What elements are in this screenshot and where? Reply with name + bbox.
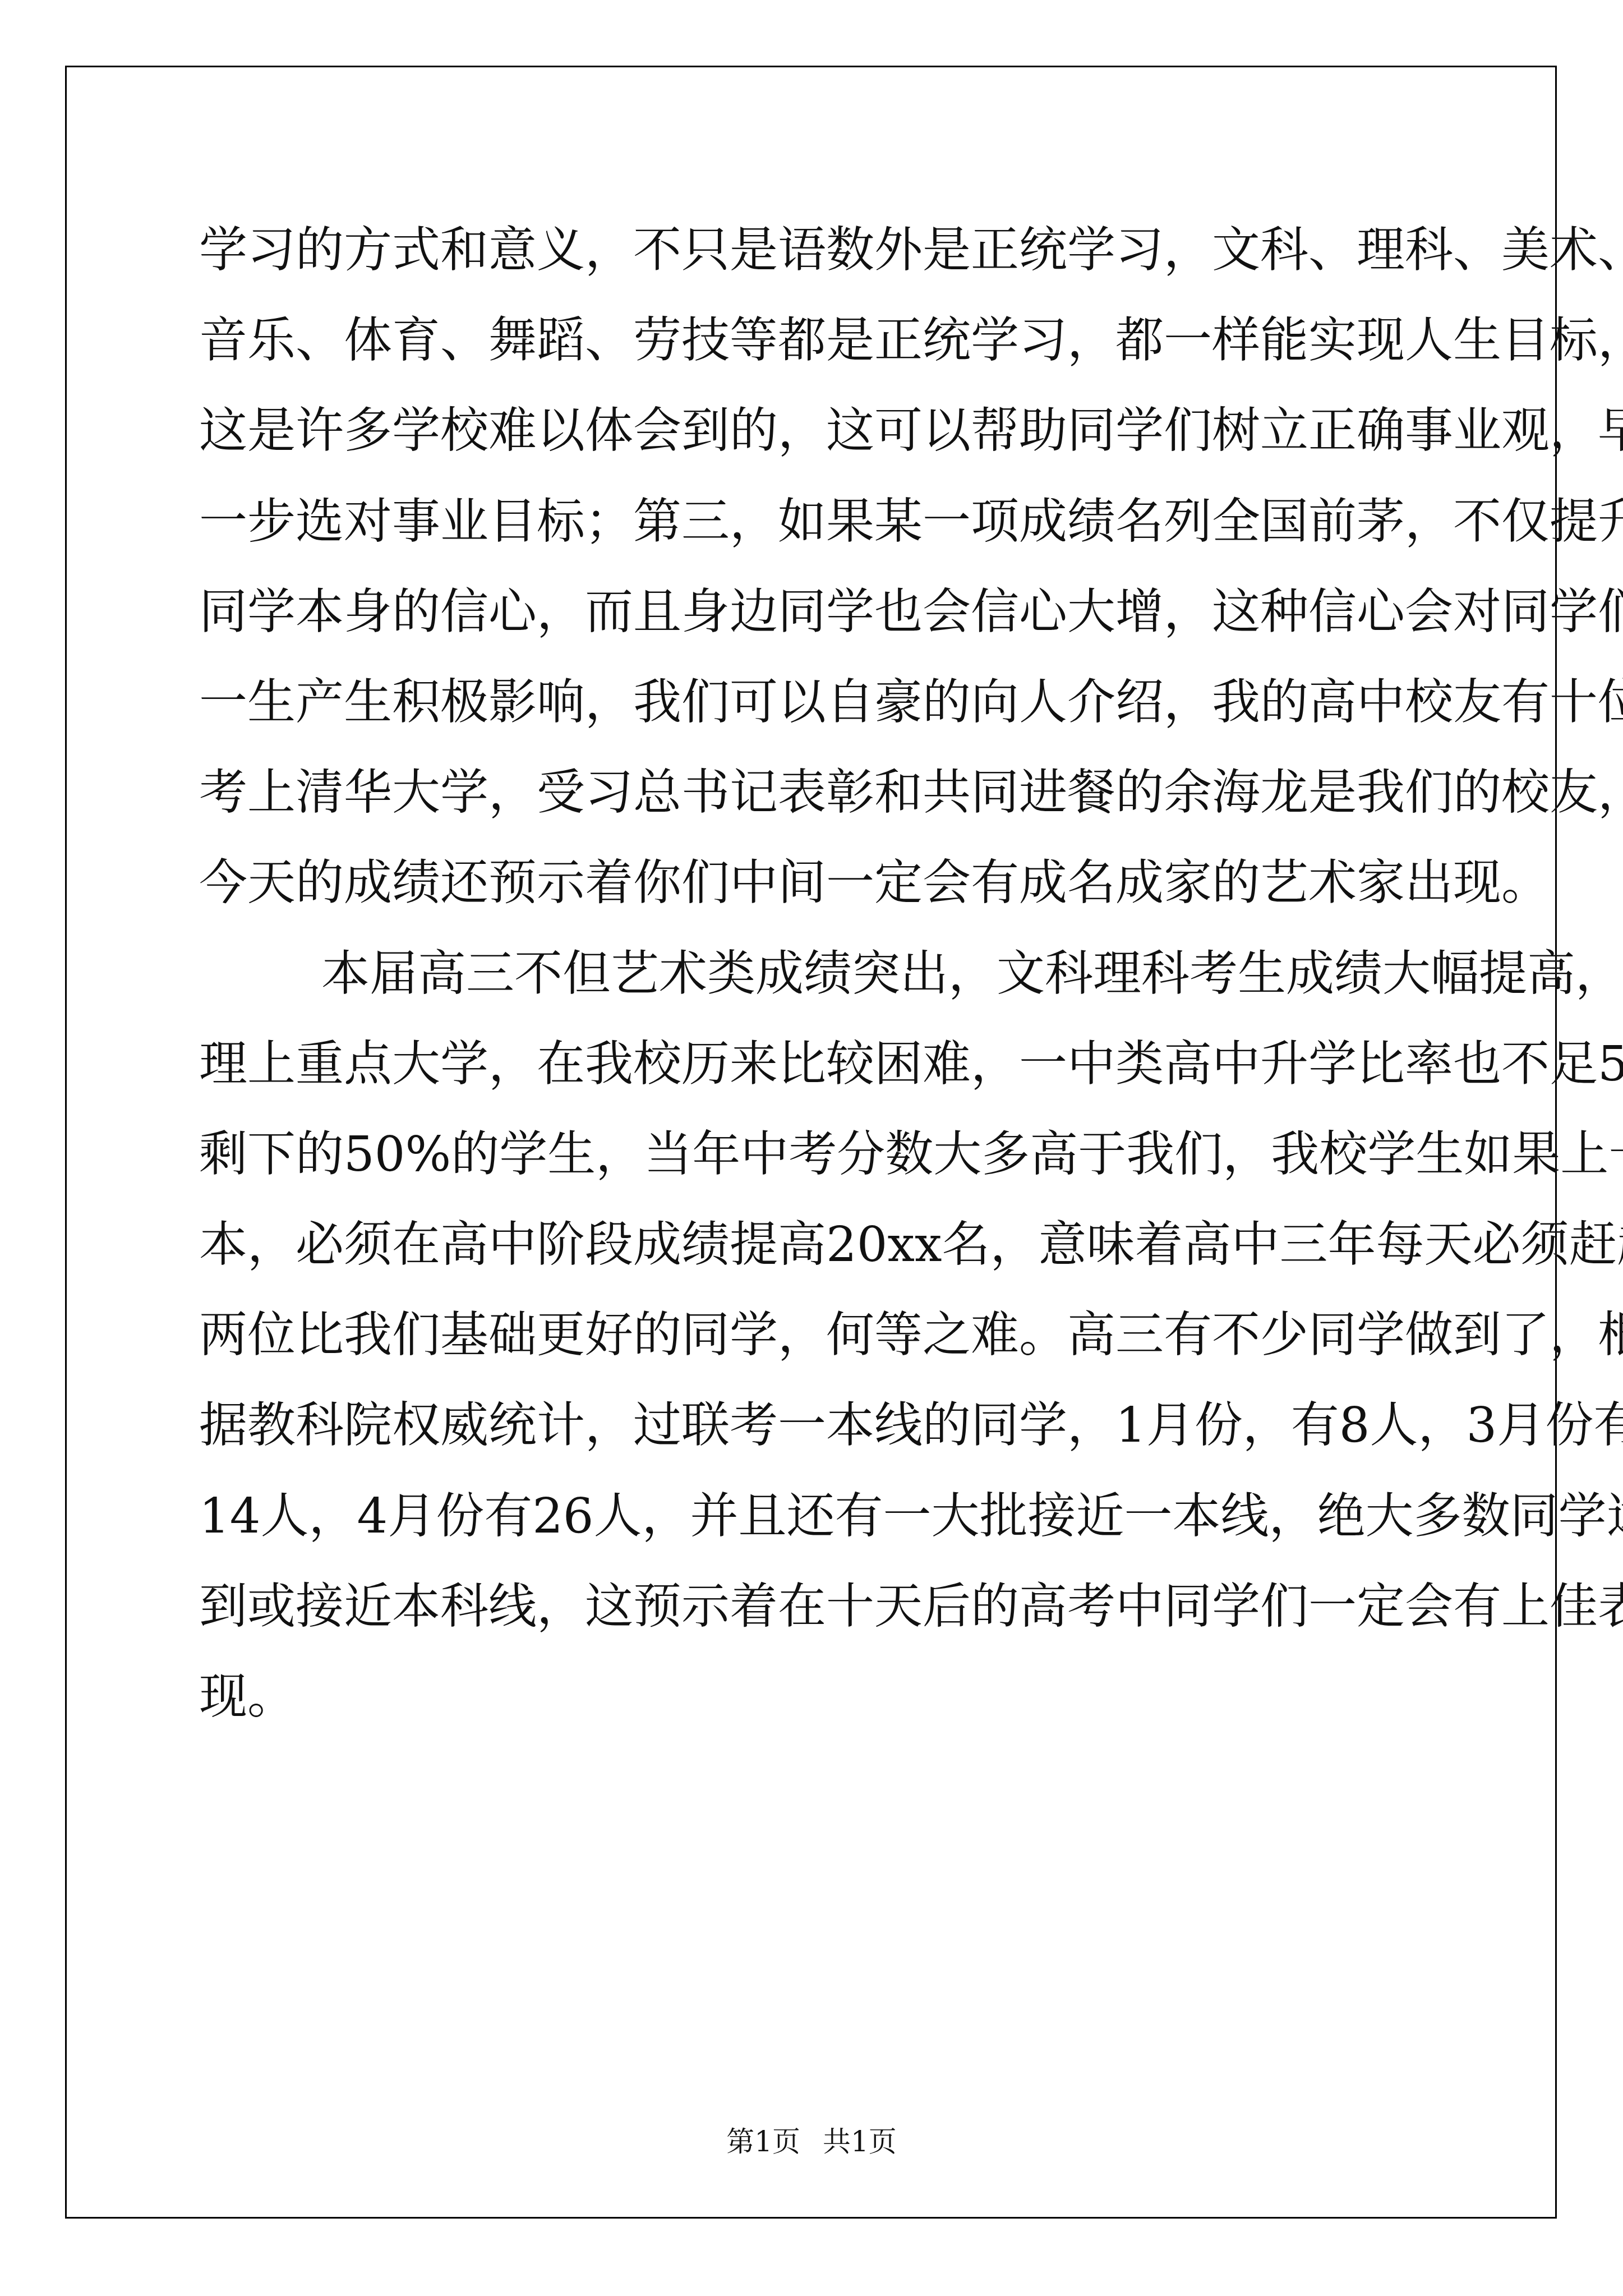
text-line: 音乐、体育、舞蹈、劳技等都是正统学习，都一样能实现人生目标，	[199, 296, 1427, 386]
text-line: 学习的方式和意义，不只是语数外是正统学习，文科、理科、美术、	[199, 205, 1427, 296]
text-line: 剩下的50%的学生，当年中考分数大多高于我们，我校学生如果上一	[199, 1110, 1427, 1200]
text-line: 一步选对事业目标；第三，如果某一项成绩名列全国前茅，不仅提升	[199, 477, 1427, 567]
total-pages-label: 共1页	[823, 2125, 897, 2158]
text-line: 考上清华大学，受习总书记表彰和共同进餐的余海龙是我们的校友，	[199, 748, 1427, 838]
text-line: 今天的成绩还预示着你们中间一定会有成名成家的艺术家出现。	[199, 838, 1427, 928]
text-line: 理上重点大学，在我校历来比较困难，一中类高中升学比率也不足50%，	[199, 1019, 1427, 1110]
text-line: 本，必须在高中阶段成绩提高20xx名，意味着高中三年每天必须赶超	[199, 1200, 1427, 1290]
text-line: 同学本身的信心，而且身边同学也会信心大增，这种信心会对同学们	[199, 567, 1427, 657]
text-line: 到或接近本科线，这预示着在十天后的高考中同学们一定会有上佳表	[199, 1562, 1427, 1652]
document-body: 学习的方式和意义，不只是语数外是正统学习，文科、理科、美术、 音乐、体育、舞蹈、…	[199, 205, 1427, 1742]
text-line: 据教科院权威统计，过联考一本线的同学，1月份，有8人，3月份有	[199, 1381, 1427, 1471]
text-line: 两位比我们基础更好的同学，何等之难。高三有不少同学做到了，根	[199, 1290, 1427, 1381]
text-line: 现。	[199, 1652, 1427, 1742]
text-line: 本届高三不但艺术类成绩突出，文科理科考生成绩大幅提高，文	[199, 929, 1427, 1019]
text-line: 一生产生积极影响，我们可以自豪的向人介绍，我的高中校友有十位	[199, 657, 1427, 748]
current-page-label: 第1页	[726, 2125, 800, 2158]
text-line: 这是许多学校难以体会到的，这可以帮助同学们树立正确事业观，早	[199, 386, 1427, 476]
page-footer: 第1页共1页	[0, 2125, 1623, 2159]
text-line: 14人，4月份有26人，并且还有一大批接近一本线，绝大多数同学达	[199, 1471, 1427, 1562]
